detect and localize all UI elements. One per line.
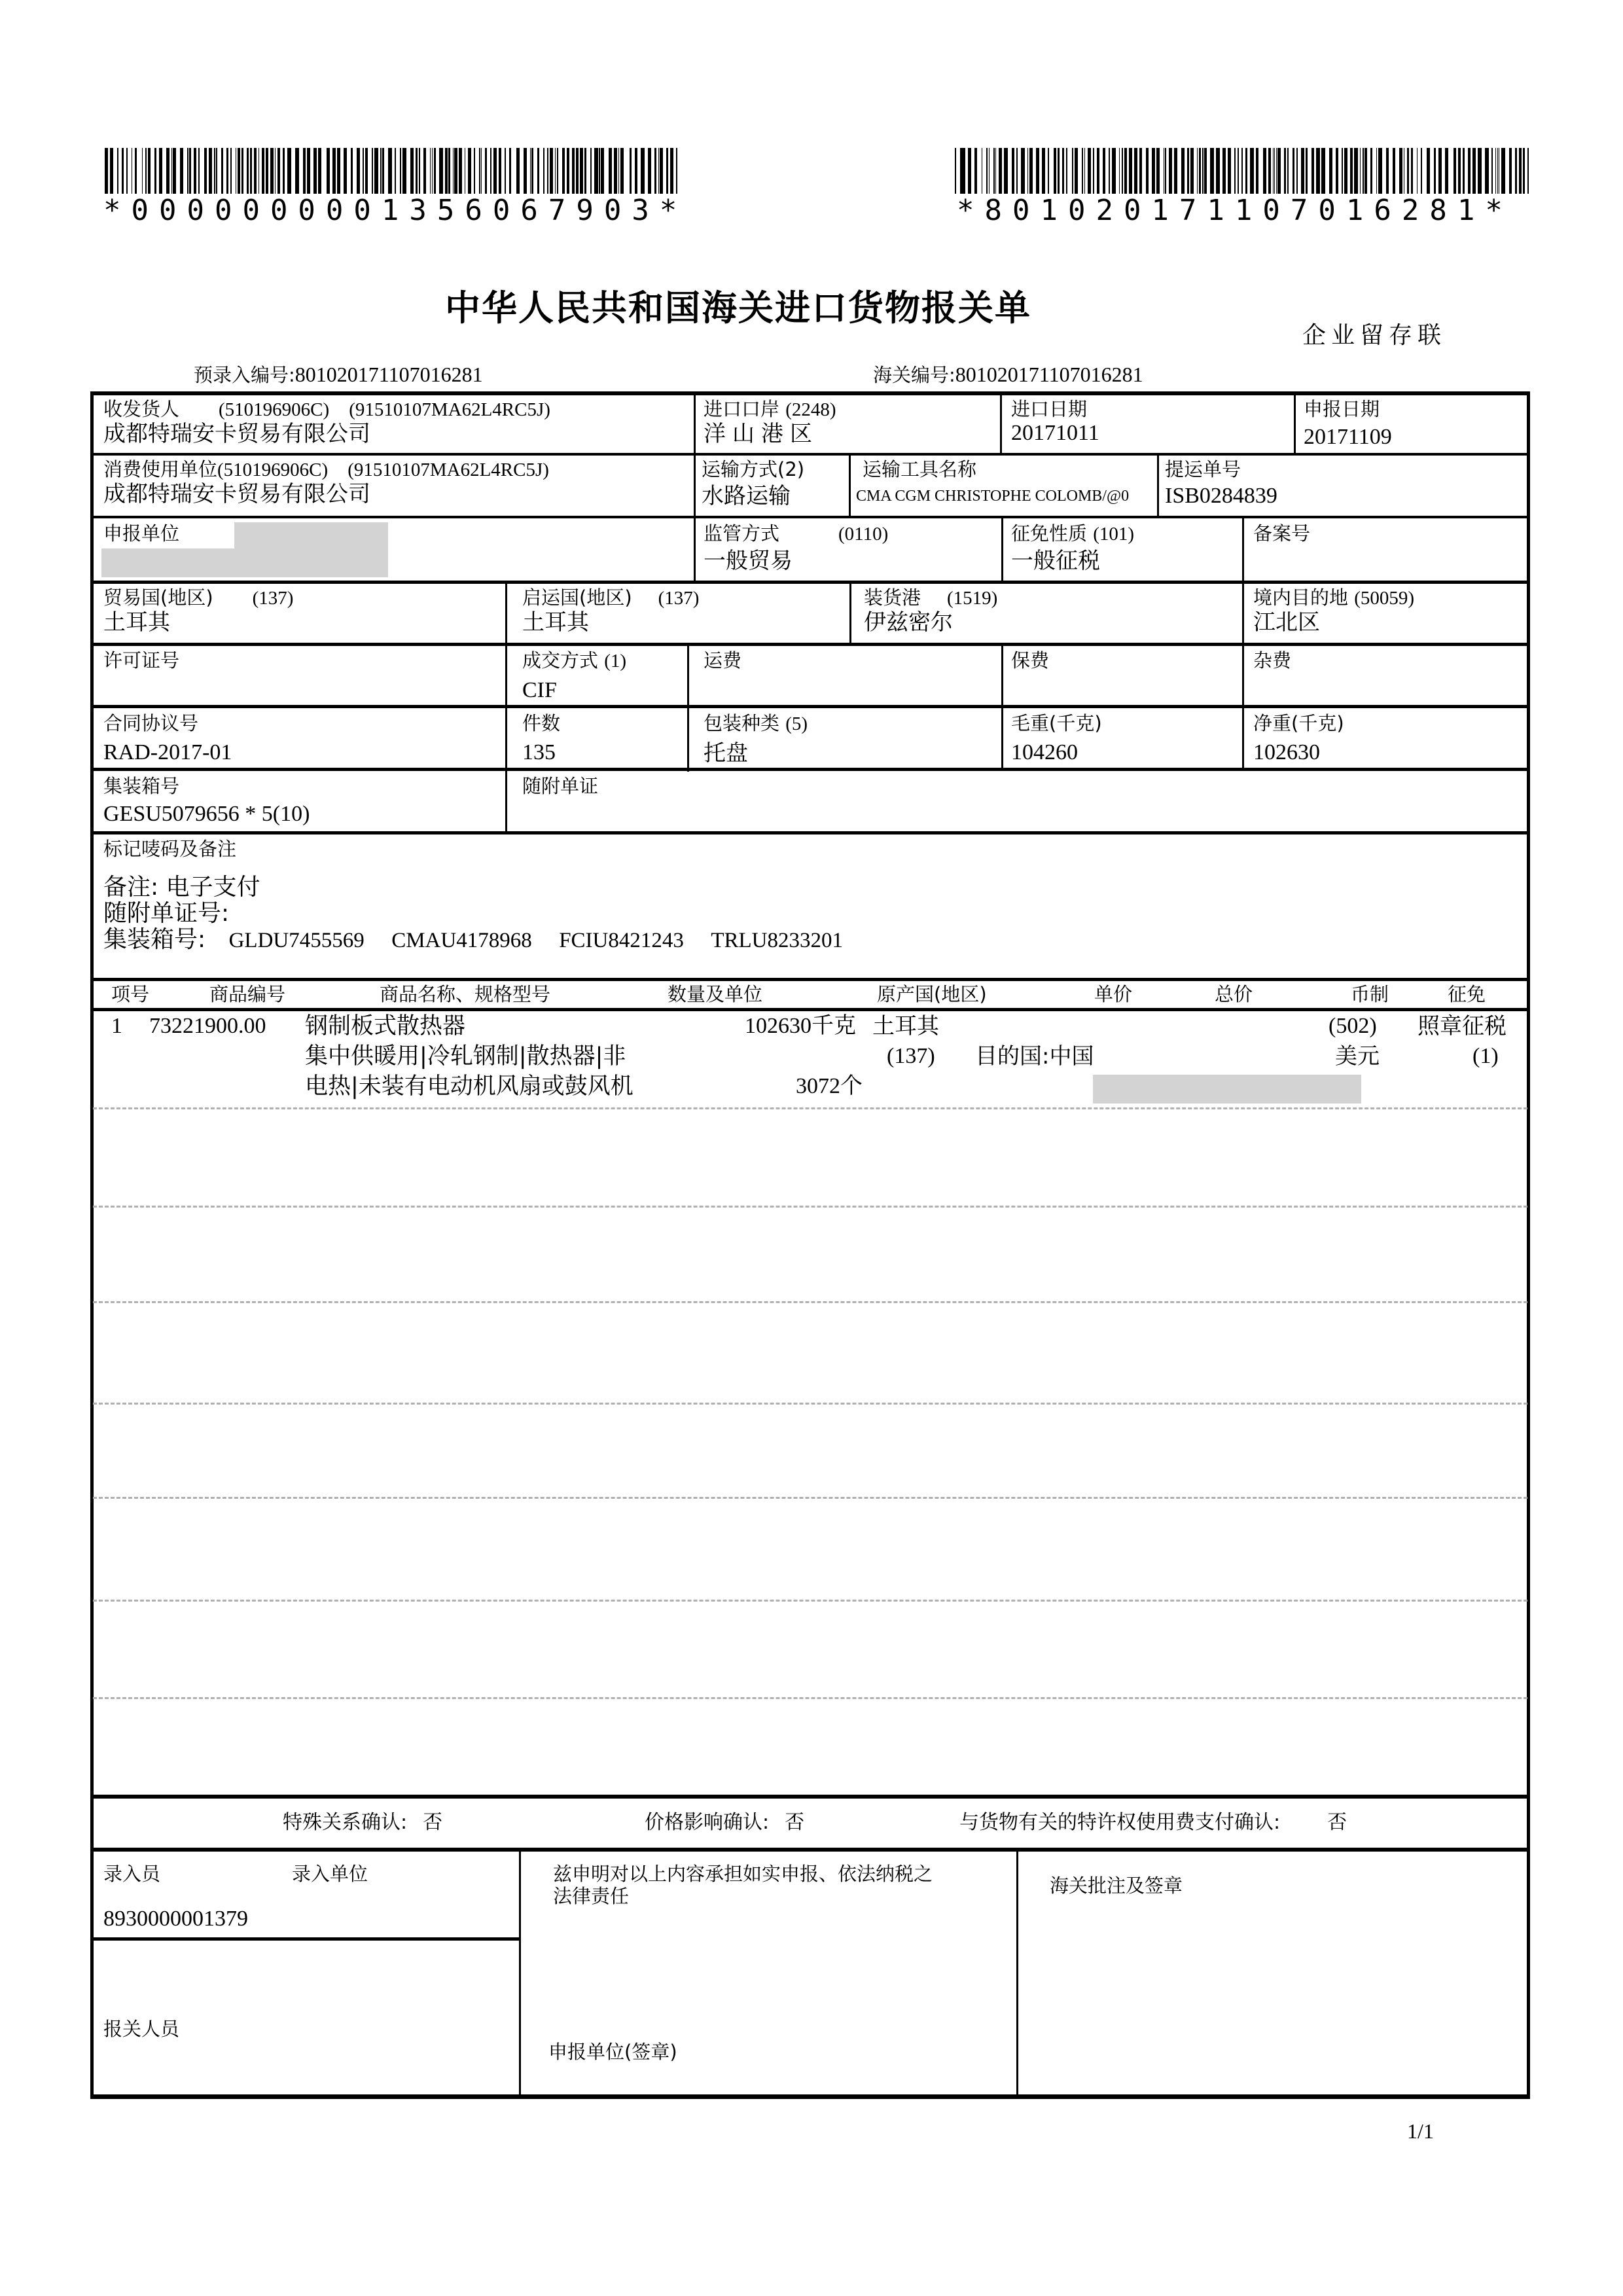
- contract-label: 合同协议号: [103, 712, 232, 734]
- declarant-sign-label: 申报单位(签章): [548, 2041, 677, 2063]
- loading-port-label: 装货港: [864, 586, 921, 609]
- declare-date-value: 20171109: [1304, 424, 1392, 450]
- pack-type-label: 包装种类: [704, 712, 779, 734]
- import-date-value: 20171011: [1011, 420, 1099, 446]
- special-relation-label: 特殊关系确认:: [283, 1811, 407, 1834]
- special-relation-value: 否: [423, 1811, 442, 1834]
- bill-no-label: 提运单号: [1165, 458, 1277, 480]
- import-date-label: 进口日期: [1011, 398, 1099, 420]
- declaration-text-2: 法律责任: [553, 1885, 629, 1907]
- vessel-label: 运输工具名称: [863, 458, 1129, 480]
- field-misc: 杂费: [1253, 649, 1291, 672]
- field-vessel: 运输工具名称 CMA CGM CHRISTOPHE COLOMB/@0: [856, 458, 1129, 512]
- col-name-spec: 商品名称、规格型号: [380, 983, 550, 1005]
- field-import-date: 进口日期 20171011: [1011, 398, 1099, 446]
- field-record-no: 备案号: [1253, 522, 1310, 545]
- levy-nature-label: 征免性质: [1011, 522, 1087, 545]
- origin-country-value: 土耳其: [522, 609, 699, 636]
- pre-entry-value: 801020171107016281: [295, 363, 483, 386]
- col-currency: 币制: [1351, 983, 1389, 1005]
- entry-clerk-label: 录入员: [103, 1863, 160, 1885]
- row-quantity-1: 102630千克: [745, 1013, 856, 1039]
- supervision-label: 监管方式: [704, 522, 779, 545]
- remarks-line3: 集装箱号: GLDU7455569 CMAU4178968 FCIU842124…: [103, 927, 843, 954]
- redacted-declarant: [101, 548, 388, 577]
- field-trade-country: 贸易国(地区)(137) 土耳其: [103, 586, 293, 636]
- destination-label: 境内目的地: [1253, 586, 1348, 609]
- price-influence-value: 否: [785, 1811, 804, 1834]
- supervision-code: (0110): [838, 524, 888, 545]
- deal-mode-value: CIF: [522, 677, 626, 704]
- consumer-code2: (91510107MA62L4RC5J): [348, 459, 549, 480]
- field-loading-port: 装货港(1519) 伊兹密尔: [864, 586, 997, 636]
- col-item-no: 项号: [111, 983, 149, 1005]
- royalty-label: 与货物有关的特许权使用费支付确认:: [959, 1811, 1280, 1834]
- col-origin: 原产国(地区): [877, 983, 987, 1005]
- customs-number: 海关编号:801020171107016281: [873, 361, 1143, 387]
- remarks-container-4: TRLU8233201: [711, 929, 843, 952]
- origin-country-code: (137): [658, 588, 700, 609]
- price-influence-confirm: 价格影响确认:否: [645, 1812, 804, 1834]
- gross-weight-label: 毛重(千克): [1011, 712, 1102, 734]
- page-number: 1/1: [1407, 2119, 1434, 2144]
- row-origin: 土耳其: [872, 1013, 939, 1039]
- vessel-value: CMA CGM CHRISTOPHE COLOMB/@0: [856, 480, 1129, 512]
- remarks-label: 标记唛码及备注: [103, 838, 843, 860]
- field-gross-weight: 毛重(千克) 104260: [1011, 712, 1102, 766]
- copy-type: 企业留存联: [1302, 317, 1446, 350]
- remarks-container-label: 集装箱号:: [103, 926, 205, 953]
- broker-label: 报关人员: [103, 2018, 179, 2040]
- royalty-confirm: 与货物有关的特许权使用费支付确认:否: [959, 1812, 1347, 1834]
- field-contract: 合同协议号 RAD-2017-01: [103, 712, 232, 766]
- import-port-code: (2248): [785, 399, 836, 420]
- royalty-value: 否: [1327, 1811, 1347, 1834]
- deal-mode-label: 成交方式: [522, 649, 598, 672]
- record-no-label: 备案号: [1253, 522, 1310, 545]
- row-currency: 美元: [1335, 1043, 1380, 1069]
- barcode-right: [955, 148, 1531, 194]
- trade-country-label: 贸易国(地区): [103, 586, 213, 609]
- trade-country-value: 土耳其: [103, 609, 293, 636]
- supervision-value: 一般贸易: [704, 548, 888, 574]
- net-weight-label: 净重(千克): [1253, 712, 1344, 734]
- redacted-declarant-top: [234, 522, 388, 550]
- net-weight-value: 102630: [1253, 740, 1344, 766]
- row-quantity-2: 3072个: [796, 1073, 863, 1100]
- container-label: 集装箱号: [103, 775, 310, 797]
- field-license: 许可证号: [103, 649, 179, 672]
- field-origin-country: 启运国(地区)(137) 土耳其: [522, 586, 699, 636]
- consignee-code2: (91510107MA62L4RC5J): [349, 399, 550, 420]
- barcode-left-text: *0000000001356067903*: [103, 194, 687, 227]
- loading-port-value: 伊兹密尔: [864, 609, 997, 636]
- field-consignee: 收发货人(510196906C)(91510107MA62L4RC5J) 成都特…: [103, 398, 550, 447]
- field-transport-mode: 运输方式(2) 水路运输: [702, 458, 804, 509]
- license-label: 许可证号: [103, 649, 179, 672]
- destination-value: 江北区: [1253, 609, 1414, 636]
- levy-nature-code: (101): [1093, 524, 1134, 545]
- insurance-label: 保费: [1011, 649, 1049, 672]
- col-unit-price: 单价: [1094, 983, 1132, 1005]
- consumer-label: 消费使用单位: [103, 458, 217, 480]
- pre-entry-label: 预录入编号:: [194, 364, 295, 386]
- pre-entry-number: 预录入编号:801020171107016281: [194, 361, 483, 387]
- field-declare-date: 申报日期 20171109: [1304, 398, 1392, 450]
- remarks-container-2: CMAU4178968: [391, 929, 532, 952]
- container-value: GESU5079656 * 5(10): [103, 801, 310, 827]
- price-influence-label: 价格影响确认:: [645, 1811, 769, 1834]
- special-relation-confirm: 特殊关系确认:否: [283, 1812, 442, 1834]
- declaration-text-1: 兹申明对以上内容承担如实申报、依法纳税之: [553, 1863, 933, 1885]
- consumer-code1: (510196906C): [217, 459, 328, 480]
- entry-unit-label: 录入单位: [292, 1863, 368, 1885]
- bill-no-value: ISB0284839: [1165, 483, 1277, 509]
- field-declarant: 申报单位: [103, 522, 179, 545]
- row-currency-code: (502): [1329, 1013, 1377, 1039]
- field-import-port: 进口口岸 (2248) 洋山港区: [704, 398, 836, 447]
- col-levy: 征免: [1448, 983, 1486, 1005]
- field-consumer: 消费使用单位(510196906C)(91510107MA62L4RC5J) 成…: [103, 458, 549, 507]
- col-hs-code: 商品编号: [209, 983, 285, 1005]
- consignee-code1: (510196906C): [219, 399, 329, 420]
- entry-clerk-no: 8930000001379: [103, 1906, 248, 1932]
- remarks-line2: 随附单证号:: [103, 901, 843, 927]
- remarks-container-1: GLDU7455569: [229, 929, 365, 952]
- levy-nature-value: 一般征税: [1011, 548, 1134, 574]
- row-destination: 目的国:中国: [975, 1043, 1094, 1069]
- barcode-left: [105, 148, 681, 194]
- pack-type-code: (5): [785, 713, 808, 734]
- barcode-right-text: *801020171107016281*: [957, 194, 1513, 227]
- field-container: 集装箱号 GESU5079656 * 5(10): [103, 775, 310, 827]
- col-quantity: 数量及单位: [668, 983, 762, 1005]
- row-hs-code: 73221900.00: [149, 1013, 266, 1039]
- customs-approval-label: 海关批注及签章: [1050, 1874, 1183, 1897]
- packages-value: 135: [522, 740, 560, 766]
- import-port-label: 进口口岸: [704, 398, 779, 420]
- transport-mode-value: 水路运输: [702, 483, 804, 509]
- page-title: 中华人民共和国海关进口货物报关单: [445, 280, 1031, 331]
- field-deal-mode: 成交方式 (1) CIF: [522, 649, 626, 704]
- field-bill-no: 提运单号 ISB0284839: [1165, 458, 1277, 509]
- customs-no-label: 海关编号:: [873, 364, 955, 386]
- attached-docs-label: 随附单证: [522, 775, 598, 797]
- declare-date-label: 申报日期: [1304, 398, 1392, 420]
- gross-weight-value: 104260: [1011, 740, 1102, 766]
- row-name-line1: 钢制板式散热器: [305, 1013, 465, 1039]
- field-packages: 件数 135: [522, 712, 560, 766]
- row-name-line3: 电热|未装有电动机风扇或鼓风机: [305, 1073, 633, 1100]
- field-net-weight: 净重(千克) 102630: [1253, 712, 1344, 766]
- row-levy-code: (1): [1472, 1043, 1499, 1069]
- redacted-price: [1093, 1075, 1361, 1103]
- contract-value: RAD-2017-01: [103, 740, 232, 766]
- transport-mode-label: 运输方式(2): [702, 458, 804, 480]
- field-insurance: 保费: [1011, 649, 1049, 672]
- misc-label: 杂费: [1253, 649, 1291, 672]
- pack-type-value: 托盘: [704, 740, 808, 766]
- loading-port-code: (1519): [947, 588, 997, 609]
- import-port-value: 洋山港区: [704, 421, 836, 447]
- remarks-section: 标记唛码及备注 备注: 电子支付 随附单证号: 集装箱号: GLDU745556…: [103, 838, 843, 954]
- row-origin-code: (137): [887, 1043, 935, 1069]
- field-freight: 运费: [704, 649, 741, 672]
- freight-label: 运费: [704, 649, 741, 672]
- trade-country-code: (137): [253, 588, 294, 609]
- customs-no-value: 801020171107016281: [955, 363, 1143, 386]
- col-total-price: 总价: [1215, 983, 1253, 1005]
- field-destination: 境内目的地 (50059) 江北区: [1253, 586, 1414, 636]
- declarant-label: 申报单位: [103, 522, 179, 545]
- deal-mode-code: (1): [604, 651, 626, 672]
- packages-label: 件数: [522, 712, 560, 734]
- remarks-container-3: FCIU8421243: [559, 929, 684, 952]
- field-attached-docs: 随附单证: [522, 775, 598, 797]
- consignee-label: 收发货人: [103, 398, 179, 420]
- field-supervision: 监管方式(0110) 一般贸易: [704, 522, 888, 574]
- field-levy-nature: 征免性质 (101) 一般征税: [1011, 522, 1134, 574]
- row-levy: 照章征税: [1418, 1013, 1507, 1039]
- consignee-value: 成都特瑞安卡贸易有限公司: [103, 421, 550, 447]
- destination-code: (50059): [1354, 588, 1414, 609]
- row-item-no: 1: [111, 1013, 122, 1039]
- row-name-line2: 集中供暖用|冷轧钢制|散热器|非: [305, 1043, 626, 1069]
- consumer-value: 成都特瑞安卡贸易有限公司: [103, 481, 549, 507]
- field-pack-type: 包装种类 (5) 托盘: [704, 712, 808, 766]
- origin-country-label: 启运国(地区): [522, 586, 632, 609]
- remarks-line1: 备注: 电子支付: [103, 874, 843, 901]
